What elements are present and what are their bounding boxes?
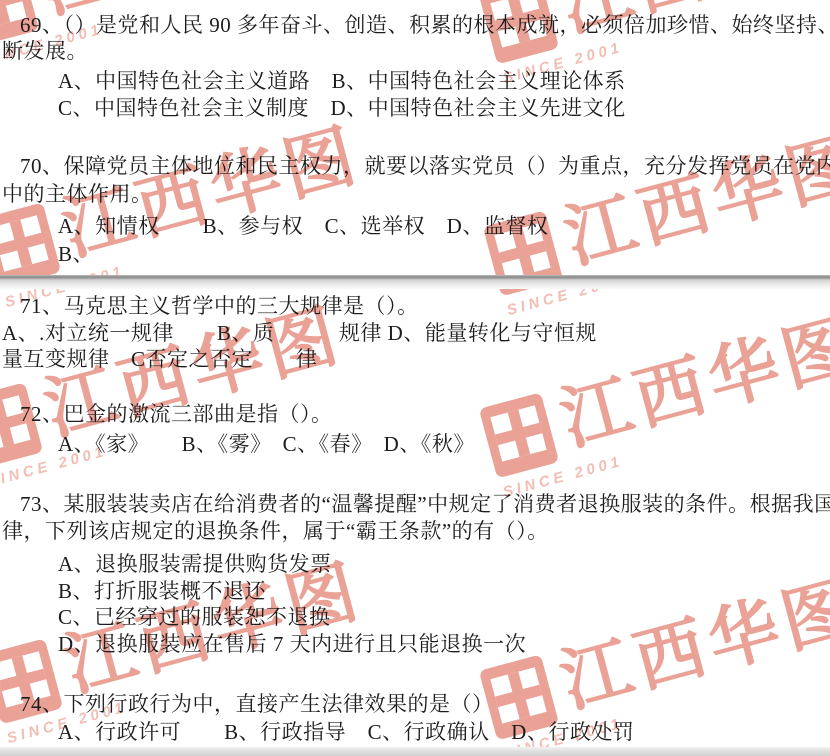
question-text-line: 断发展。 — [2, 39, 88, 63]
question-text-line: 73、某服装装卖店在给消费者的“温馨提醒”中规定了消费者退换服装的条件。根据我国… — [20, 492, 830, 516]
question-text-line: A、知情权 B、参与权 C、选举权 D、监督权 — [58, 214, 548, 238]
bottom-edge-strip — [0, 747, 830, 756]
question-text-line: C、中国特色社会主义制度 D、中国特色社会主义先进文化 — [58, 96, 626, 120]
question-text-line: A、.对立统一规律 B、质 规律 D、能量转化与守恒规 — [2, 321, 597, 345]
question-text-line: B、 — [58, 242, 94, 266]
question-text-line: C、已经穿过的服装恕不退换 — [58, 605, 331, 629]
question-text-line: A、《家》 B、《雾》 C、《春》 D、《秋》 — [58, 432, 475, 456]
question-text-line: 71、马克思主义哲学中的三大规律是（）。 — [20, 294, 419, 318]
screenshot-seam-divider — [0, 275, 830, 289]
exam-document-page: { "watermark": { "brand_text": "江西华图", "… — [0, 0, 830, 756]
document-text-layer: 69、（）是党和人民 90 多年奋斗、创造、积累的根本成就，必须倍加珍惜、始终坚… — [0, 0, 830, 756]
question-text-line: A、退换服装需提供购货发票 — [58, 552, 332, 576]
question-text-line: A、行政许可 B、行政指导 C、行政确认 D、行政处罚 — [58, 720, 634, 744]
question-text-line: B、打折服装概不退还 — [58, 579, 266, 603]
question-text-line: 中的主体作用。 — [2, 182, 153, 206]
question-text-line: 律，下列该店规定的退换条件，属于“霸王条款”的有（）。 — [2, 519, 549, 543]
question-text-line: 70、保障党员主体地位和民主权力，就要以落实党员（）为重点，充分发挥党员在党内生… — [20, 154, 830, 178]
question-text-line: 69、（）是党和人民 90 多年奋斗、创造、积累的根本成就，必须倍加珍惜、始终坚… — [20, 13, 830, 37]
question-text-line: 74、下列行政行为中，直接产生法律效果的是（） — [20, 692, 494, 716]
question-text-line: D、退换服装应在售后 7 天内进行且只能退换一次 — [58, 632, 526, 656]
question-text-line: 量互变规律 C否定之否定 律 — [2, 347, 318, 371]
question-text-line: 72、巴金的激流三部曲是指（）。 — [20, 402, 333, 426]
question-text-line: A、中国特色社会主义道路 B、中国特色社会主义理论体系 — [58, 69, 626, 93]
